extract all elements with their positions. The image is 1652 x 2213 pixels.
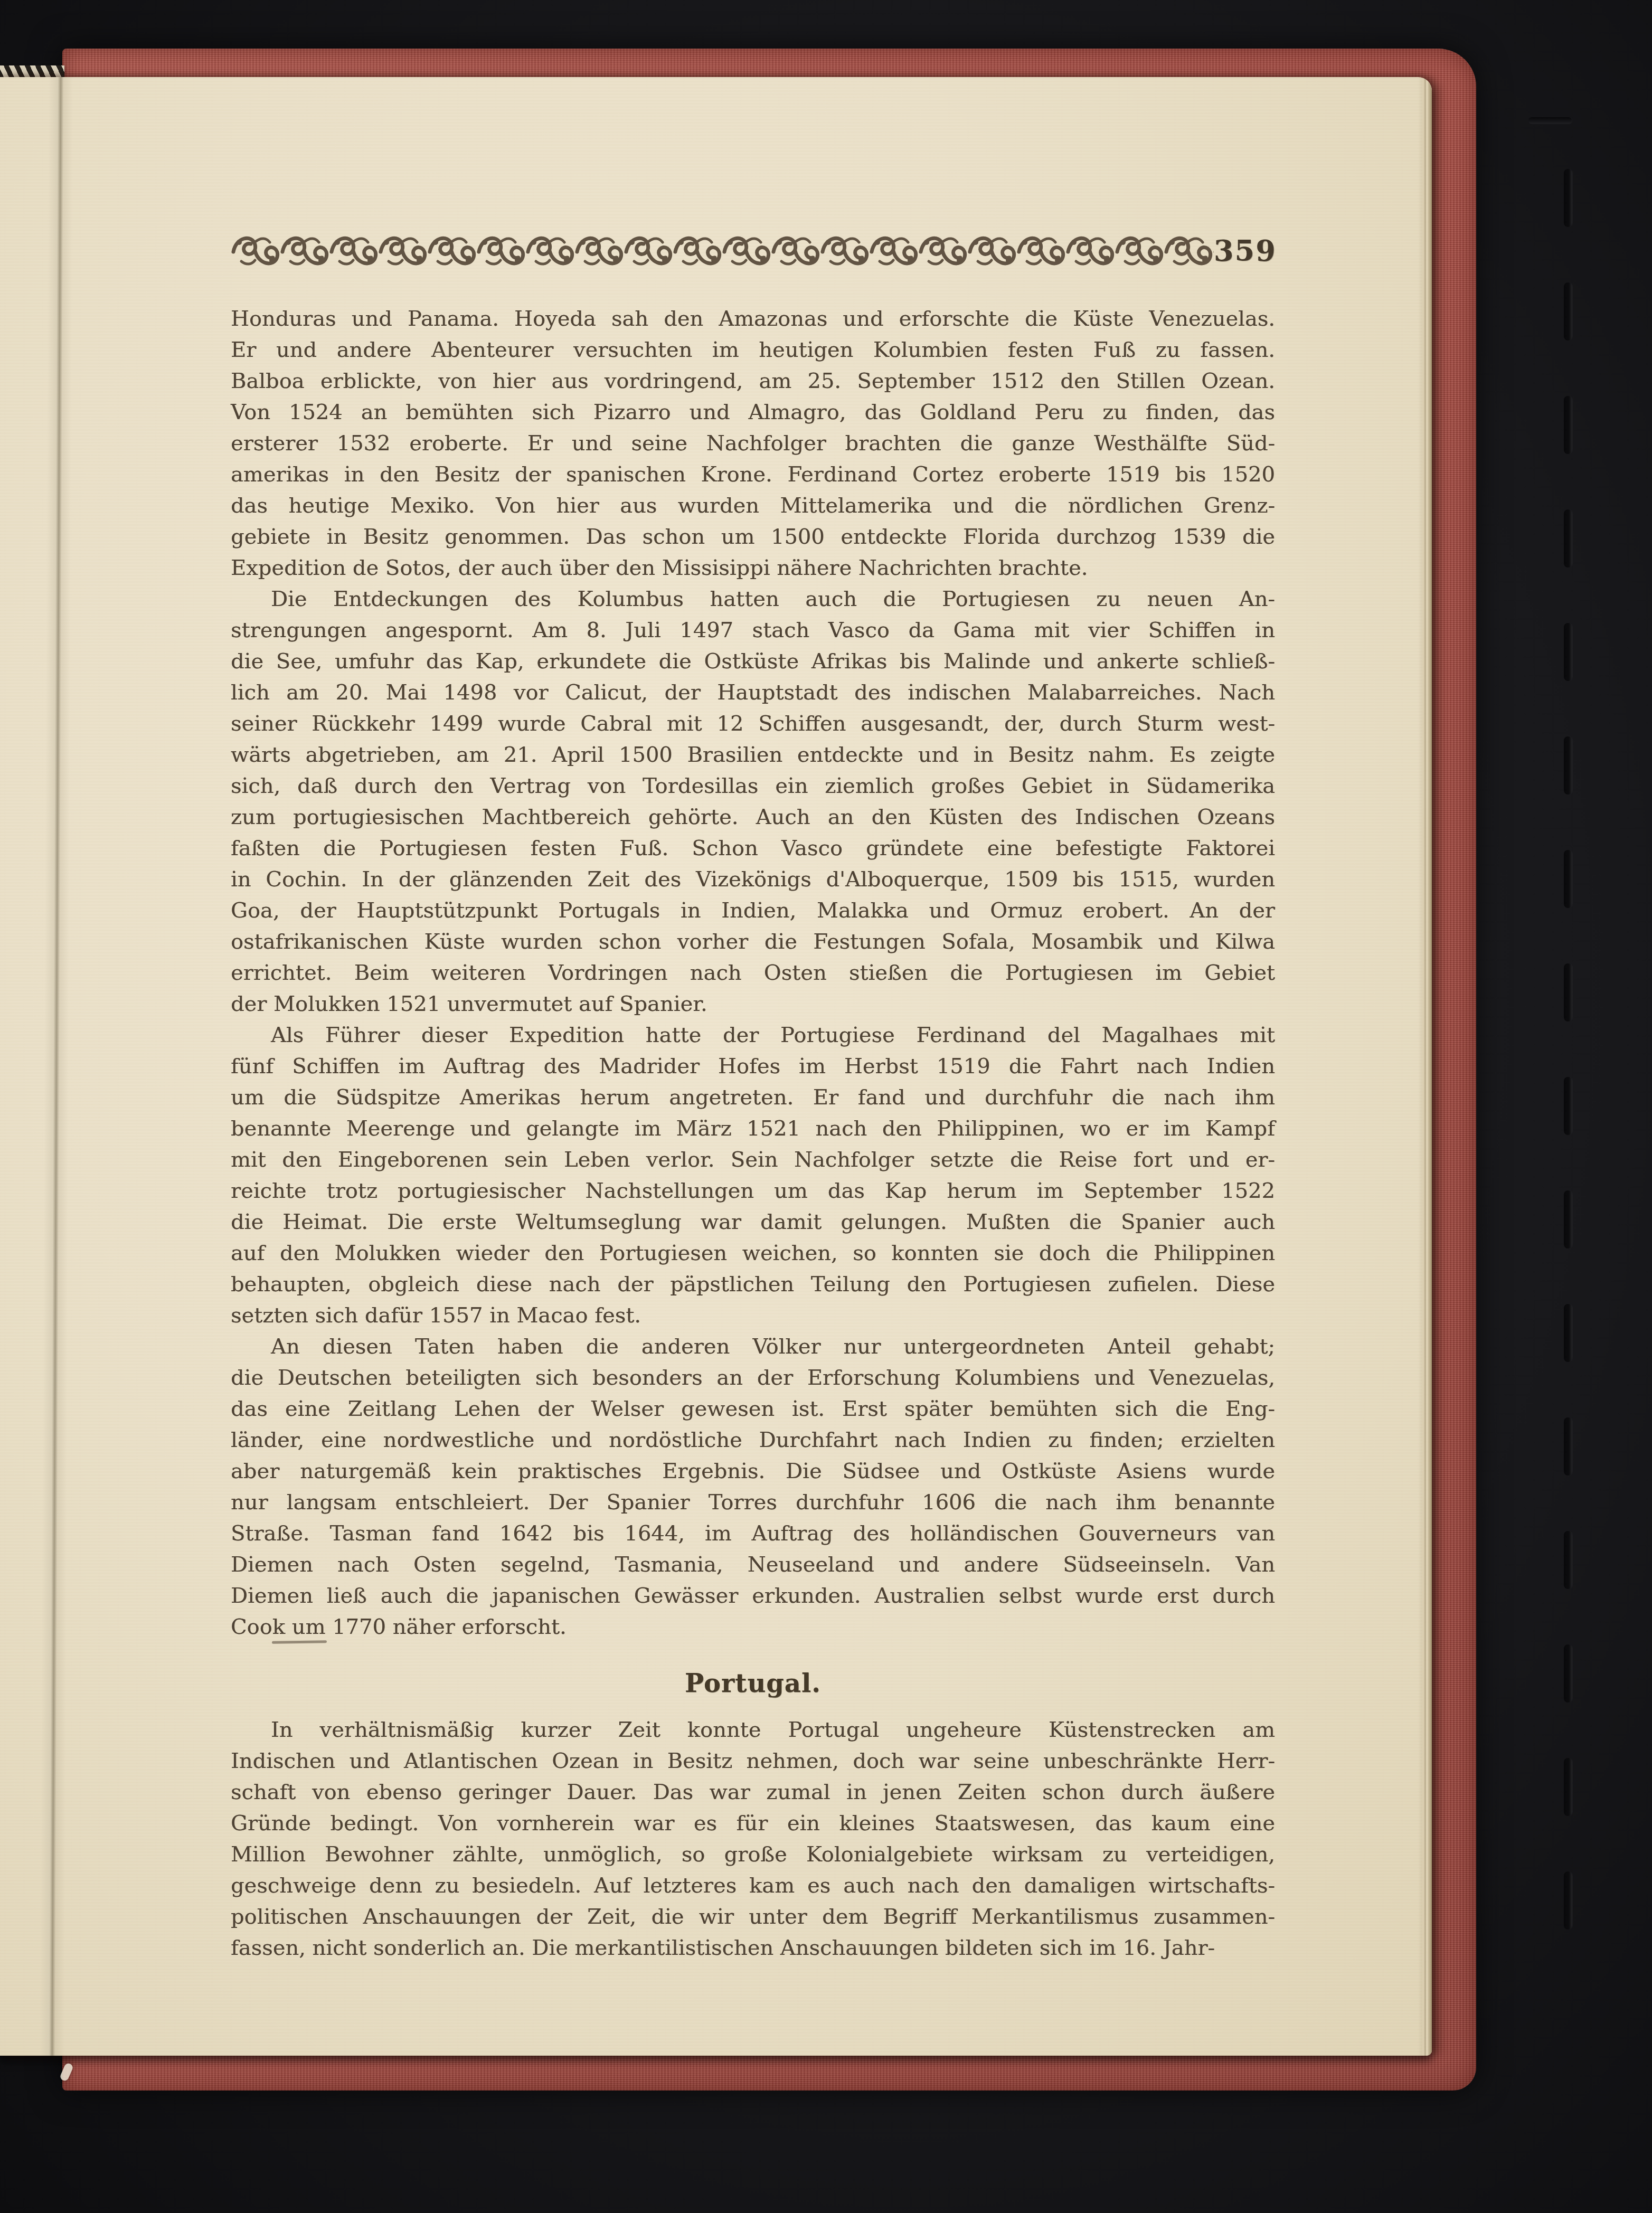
text-line: geschweige denn zu besiedeln. Auf letzte… xyxy=(231,1870,1275,1902)
text-line: fünf Schiffen im Auftrag des Madrider Ho… xyxy=(231,1051,1275,1082)
stitch-mark xyxy=(1564,1077,1572,1135)
text-line: Expedition de Sotos, der auch über den M… xyxy=(231,553,1275,584)
page-gutter-crease xyxy=(40,77,73,2056)
text-line: die See, umfuhr das Kap, erkundete die O… xyxy=(231,646,1275,677)
text-line: faßten die Portugiesen festen Fuß. Schon… xyxy=(231,833,1275,864)
text-line: fassen, nicht sonderlich an. Die merkant… xyxy=(231,1933,1275,1964)
text-line: Er und andere Abenteurer versuchten im h… xyxy=(231,335,1275,366)
stitch-mark xyxy=(1564,282,1572,341)
text-line: seiner Rückkehr 1499 wurde Cabral mit 12… xyxy=(231,708,1275,740)
text-line: errichtet. Beim weiteren Vordringen nach… xyxy=(231,958,1275,989)
stitch-mark xyxy=(1564,850,1572,908)
page-header: 359 xyxy=(231,229,1275,272)
book-page: 359 Honduras und Panama. Hoyeda sah den … xyxy=(0,77,1432,2056)
text-line: politischen Anschauungen der Zeit, die w… xyxy=(231,1902,1275,1933)
text-line: in Cochin. In der glänzenden Zeit des Vi… xyxy=(231,864,1275,895)
text-line: mit den Eingeborenen sein Leben verlor. … xyxy=(231,1145,1275,1176)
text-line: das heutige Mexiko. Von hier aus wurden … xyxy=(231,490,1275,522)
stitch-mark xyxy=(1564,963,1572,1022)
text-line: aber naturgemäß kein praktisches Ergebni… xyxy=(231,1456,1275,1487)
stitch-mark xyxy=(1564,736,1572,795)
stitch-mark xyxy=(1564,1871,1572,1930)
text-line: auf den Molukken wieder den Portugiesen … xyxy=(231,1238,1275,1269)
stitch-mark xyxy=(1564,1190,1572,1249)
text-line: gebiete in Besitz genommen. Das schon um… xyxy=(231,522,1275,553)
text-line: Million Bewohner zählte, unmöglich, so g… xyxy=(231,1839,1275,1870)
text-line: ersterer 1532 eroberte. Er und seine Nac… xyxy=(231,428,1275,459)
stitch-mark xyxy=(1528,117,1572,124)
text-line: strengungen angespornt. Am 8. Juli 1497 … xyxy=(231,615,1275,646)
text-line: das eine Zeitlang Lehen der Welser gewes… xyxy=(231,1394,1275,1425)
stitch-mark xyxy=(1564,509,1572,568)
text-line: Straße. Tasman fand 1642 bis 1644, im Au… xyxy=(231,1518,1275,1549)
text-line: die Deutschen beteiligten sich besonders… xyxy=(231,1363,1275,1394)
text-line: Gründe bedingt. Von vornherein war es fü… xyxy=(231,1808,1275,1839)
text-block: Honduras und Panama. Hoyeda sah den Amaz… xyxy=(231,304,1275,1964)
body-paragraph: Die Entdeckungen des Kolumbus hatten auc… xyxy=(231,584,1275,1020)
text-line: Von 1524 an bemühten sich Pizarro und Al… xyxy=(231,397,1275,428)
text-line: um die Südspitze Amerikas herum angetret… xyxy=(231,1082,1275,1113)
stitch-mark xyxy=(1564,1417,1572,1476)
text-line: lich am 20. Mai 1498 vor Calicut, der Ha… xyxy=(231,677,1275,708)
text-line: reichte trotz portugiesischer Nachstellu… xyxy=(231,1176,1275,1207)
stitch-mark xyxy=(1564,623,1572,681)
text-line: Als Führer dieser Expedition hatte der P… xyxy=(231,1020,1275,1051)
stitch-mark xyxy=(1564,169,1572,227)
text-line: die Heimat. Die erste Weltumseglung war … xyxy=(231,1207,1275,1238)
stitch-mark xyxy=(1564,396,1572,454)
text-line: Die Entdeckungen des Kolumbus hatten auc… xyxy=(231,584,1275,615)
text-line: Cook um 1770 näher erforscht. xyxy=(231,1612,1275,1643)
body-paragraph: Honduras und Panama. Hoyeda sah den Amaz… xyxy=(231,304,1275,584)
text-line: wärts abgetrieben, am 21. April 1500 Bra… xyxy=(231,740,1275,771)
ornament-band-icon xyxy=(231,231,1214,271)
stitch-mark xyxy=(1564,1644,1572,1703)
photo-backdrop: 359 Honduras und Panama. Hoyeda sah den … xyxy=(0,0,1652,2213)
text-line: der Molukken 1521 unvermutet auf Spanier… xyxy=(231,989,1275,1020)
text-line: Honduras und Panama. Hoyeda sah den Amaz… xyxy=(231,304,1275,335)
text-line: Indischen und Atlantischen Ozean in Besi… xyxy=(231,1746,1275,1777)
text-line: amerikas in den Besitz der spanischen Kr… xyxy=(231,459,1275,490)
body-paragraph: In verhältnismäßig kurzer Zeit konnte Po… xyxy=(231,1715,1275,1964)
page-number: 359 xyxy=(1214,231,1277,271)
stitch-mark xyxy=(1564,1758,1572,1816)
text-line: Balboa erblickte, von hier aus vordringe… xyxy=(231,366,1275,397)
text-line: behaupten, obgleich diese nach der päpst… xyxy=(231,1269,1275,1300)
stitch-mark xyxy=(1564,1531,1572,1589)
text-line: Diemen nach Osten segelnd, Tasmania, Neu… xyxy=(231,1549,1275,1581)
text-line: In verhältnismäßig kurzer Zeit konnte Po… xyxy=(231,1715,1275,1746)
body-paragraph: Als Führer dieser Expedition hatte der P… xyxy=(231,1020,1275,1331)
text-line: setzten sich dafür 1557 in Macao fest. xyxy=(231,1300,1275,1331)
text-line: sich, daß durch den Vertrag von Tordesil… xyxy=(231,771,1275,802)
section-heading: Portugal. xyxy=(231,1667,1275,1700)
text-line: Goa, der Hauptstützpunkt Portugals in In… xyxy=(231,895,1275,926)
text-line: Diemen ließ auch die japanischen Gewässe… xyxy=(231,1581,1275,1612)
text-line: benannte Meerenge und gelangte im März 1… xyxy=(231,1113,1275,1145)
text-line: nur langsam entschleiert. Der Spanier To… xyxy=(231,1487,1275,1518)
text-line: ostafrikanischen Küste wurden schon vorh… xyxy=(231,926,1275,958)
text-line: länder, eine nordwestliche und nordöstli… xyxy=(231,1425,1275,1456)
text-line: An diesen Taten haben die anderen Völker… xyxy=(231,1331,1275,1363)
page-edge-stack xyxy=(1418,77,1432,2056)
body-paragraph: An diesen Taten haben die anderen Völker… xyxy=(231,1331,1275,1643)
stitch-mark xyxy=(1564,1304,1572,1362)
text-line: schaft von ebenso geringer Dauer. Das wa… xyxy=(231,1777,1275,1808)
text-line: zum portugiesischen Machtbereich gehörte… xyxy=(231,802,1275,833)
